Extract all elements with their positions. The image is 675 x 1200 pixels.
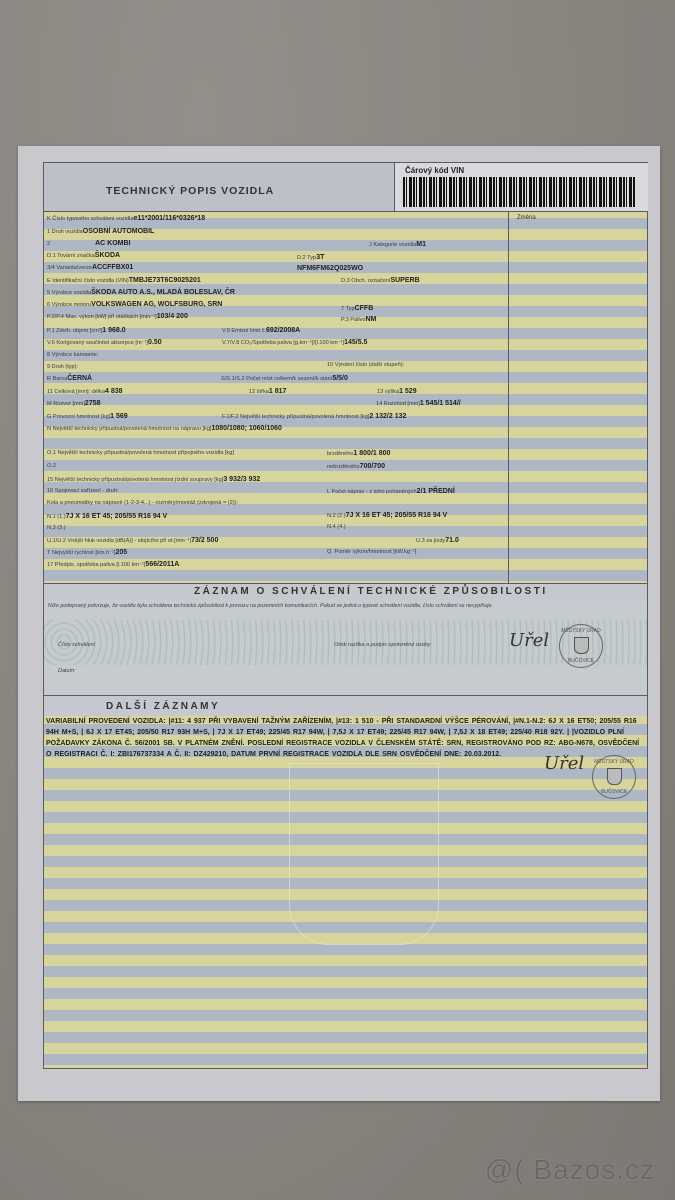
field-16: 16 Spojovací zařízení - druh: xyxy=(47,488,119,494)
coat-of-arms-icon xyxy=(607,768,622,785)
form-frame: TECHNICKÝ POPIS VOZIDLA Čárový kód VIN Z… xyxy=(43,162,648,1069)
field-o2-unbraked: nebrzděného700/700 xyxy=(327,463,385,470)
field-e-vin: E Identifikační číslo vozidla (VIN)TMBJE… xyxy=(47,277,201,284)
field-d3: D.3 Obch. označeníSUPERB xyxy=(341,277,420,284)
field-n2: N.2 (2.)7J X 16 ET 45; 205/55 R16 94 V xyxy=(327,512,447,519)
field-j: J Kategorie vozidlaM1 xyxy=(369,241,426,248)
field-r: R BarvaČERNÁ xyxy=(47,375,92,382)
approval-date-label: Datum: xyxy=(58,668,76,674)
field-6: 6 Výrobce motoruVOLKSWAGEN AG, WOLFSBURG… xyxy=(47,301,222,308)
field-n: N Největší technicky přípustná/povolená … xyxy=(47,425,282,432)
field-o2: O.2 xyxy=(47,463,56,469)
field-n4: N.4 (4.) xyxy=(327,524,346,530)
records-stamp: MĚSTSKÝ ÚŘAD BUČOVICE xyxy=(592,755,636,799)
document-sheet: TECHNICKÝ POPIS VOZIDLA Čárový kód VIN Z… xyxy=(18,146,660,1101)
other-records-header: DALŠÍ ZÁZNAMY xyxy=(44,695,647,716)
records-signature: Uřel xyxy=(544,753,584,774)
approval-statement: Níže podepsaný potvrzuje, že vozidlu byl… xyxy=(48,603,493,609)
approval-title: ZÁZNAM O SCHVÁLENÍ TECHNICKÉ ZPŮSOBILOST… xyxy=(194,586,548,597)
approval-stamp: MĚSTSKÝ ÚŘAD BUČOVICE xyxy=(559,624,603,668)
field-17: 17 Předpis. spotřeba paliva [l.100 km⁻¹]… xyxy=(47,561,179,568)
field-u1-u2: U.1/U.2 Vnější hluk vozidla [dB(A)] - st… xyxy=(47,537,218,544)
field-u3: U.3 za jízdy71.0 xyxy=(416,537,459,544)
field-g: G Provozní hmotnost [kg]1 569 xyxy=(47,413,128,420)
field-12: 12 šířka1 817 xyxy=(249,388,286,395)
field-14: 14 Rozchod [mm]1 545/1 514// xyxy=(376,400,461,407)
field-v6: V.6 Korigovaný součinitel absorpce [m⁻¹]… xyxy=(47,339,162,346)
field-5: 5 Výrobce vozidlaŠKODA AUTO A.S., MLADÁ … xyxy=(47,289,235,296)
field-15: 15 Největší technicky přípustná/povolená… xyxy=(47,476,260,483)
state-emblem-watermark xyxy=(289,763,439,945)
form-header: TECHNICKÝ POPIS VOZIDLA Čárový kód VIN xyxy=(44,163,647,212)
field-o1-braked: brzděného1 800/1 800 xyxy=(327,450,390,457)
field-v7-v8: V.7/V.8 CO₂/Spotřeba paliva [g.km⁻¹]/[l.… xyxy=(222,339,367,346)
approval-section-header: ZÁZNAM O SCHVÁLENÍ TECHNICKÉ ZPŮSOBILOST… xyxy=(44,583,647,601)
field-10: 10 Výrobní číslo (další stupeň): xyxy=(327,362,404,368)
field-2: 2AC KOMBI xyxy=(47,240,131,247)
field-d2-extra: NFM6FM62Q025WO xyxy=(297,265,363,272)
field-s: S/S.1/S.2 Počet míst celkem/k sezení/k s… xyxy=(221,375,348,382)
approval-signature: Uřel xyxy=(509,630,549,651)
field-d2: D.2 Typ3T xyxy=(297,254,324,261)
field-t: T Nejvyšší rychlost [km.h⁻¹]205 xyxy=(47,549,127,556)
approval-section: Níže podepsaný potvrzuje, že vozidlu byl… xyxy=(44,600,647,695)
changes-label: Změna xyxy=(517,215,536,221)
other-records-title: DALŠÍ ZÁZNAMY xyxy=(106,701,220,712)
approval-stamp-label: Otisk razítka a podpis oprávněné osoby xyxy=(334,642,431,648)
field-k: K Číslo typového schválení vozidlae11*20… xyxy=(47,215,205,222)
vin-barcode-box: Čárový kód VIN xyxy=(394,162,648,211)
field-l: L Počet náprav - z toho poháněných2/1 PŘ… xyxy=(327,488,455,495)
field-9: 9 Druh (typ): xyxy=(47,364,78,370)
changes-divider xyxy=(508,211,509,583)
field-f1-f2: F.1/F.2 Největší technicky přípustná/pov… xyxy=(222,413,406,420)
field-o1: O.1 Největší technicky přípustná/povolen… xyxy=(47,450,234,456)
field-11: 11 Celková [mm]: délka4 838 xyxy=(47,388,123,395)
field-n1: N.1 (1.)7J X 16 ET 45; 205/55 R16 94 V xyxy=(47,513,167,520)
field-p1: P.1 Zdvih. objem [cm³]1 968.0 xyxy=(47,327,126,334)
vin-barcode-label: Čárový kód VIN xyxy=(405,166,464,175)
bazos-watermark: @( Bazos.cz xyxy=(485,1154,655,1186)
field-3-4: 3/4 Varianta/verzeACCFFBX01 xyxy=(47,264,133,271)
field-1: 1 Druh vozidlaOSOBNÍ AUTOMOBIL xyxy=(47,228,154,235)
field-p3: P.3 PalivoNM xyxy=(341,316,376,323)
vin-barcode xyxy=(403,177,635,207)
field-13: 13 výška1 529 xyxy=(377,388,417,395)
field-d1: D.1 Tovární značkaŠKODA xyxy=(47,252,120,259)
field-8: 8 Výrobce karoserie: xyxy=(47,352,98,358)
field-n3: N.3 (3.) xyxy=(47,525,66,531)
coat-of-arms-icon xyxy=(574,637,589,654)
approval-number-label: Číslo schválení xyxy=(58,642,95,648)
document-title: TECHNICKÝ POPIS VOZIDLA xyxy=(106,185,274,197)
field-wheels: Kola a pneumatiky na nápravě (1-2-3-4...… xyxy=(47,500,238,506)
field-m: M Rozvor [mm]2758 xyxy=(47,400,101,407)
field-7: 7 TypCFFB xyxy=(341,305,373,312)
field-v9: V.9 Emisní limit č.692/2008A xyxy=(222,327,300,334)
field-q: Q. Poměr výkon/hmotnost [kW.kg⁻¹] xyxy=(327,549,416,555)
field-p2-p4: P.2/P.4 Max. výkon [kW] při otáčkách [mi… xyxy=(47,313,188,320)
